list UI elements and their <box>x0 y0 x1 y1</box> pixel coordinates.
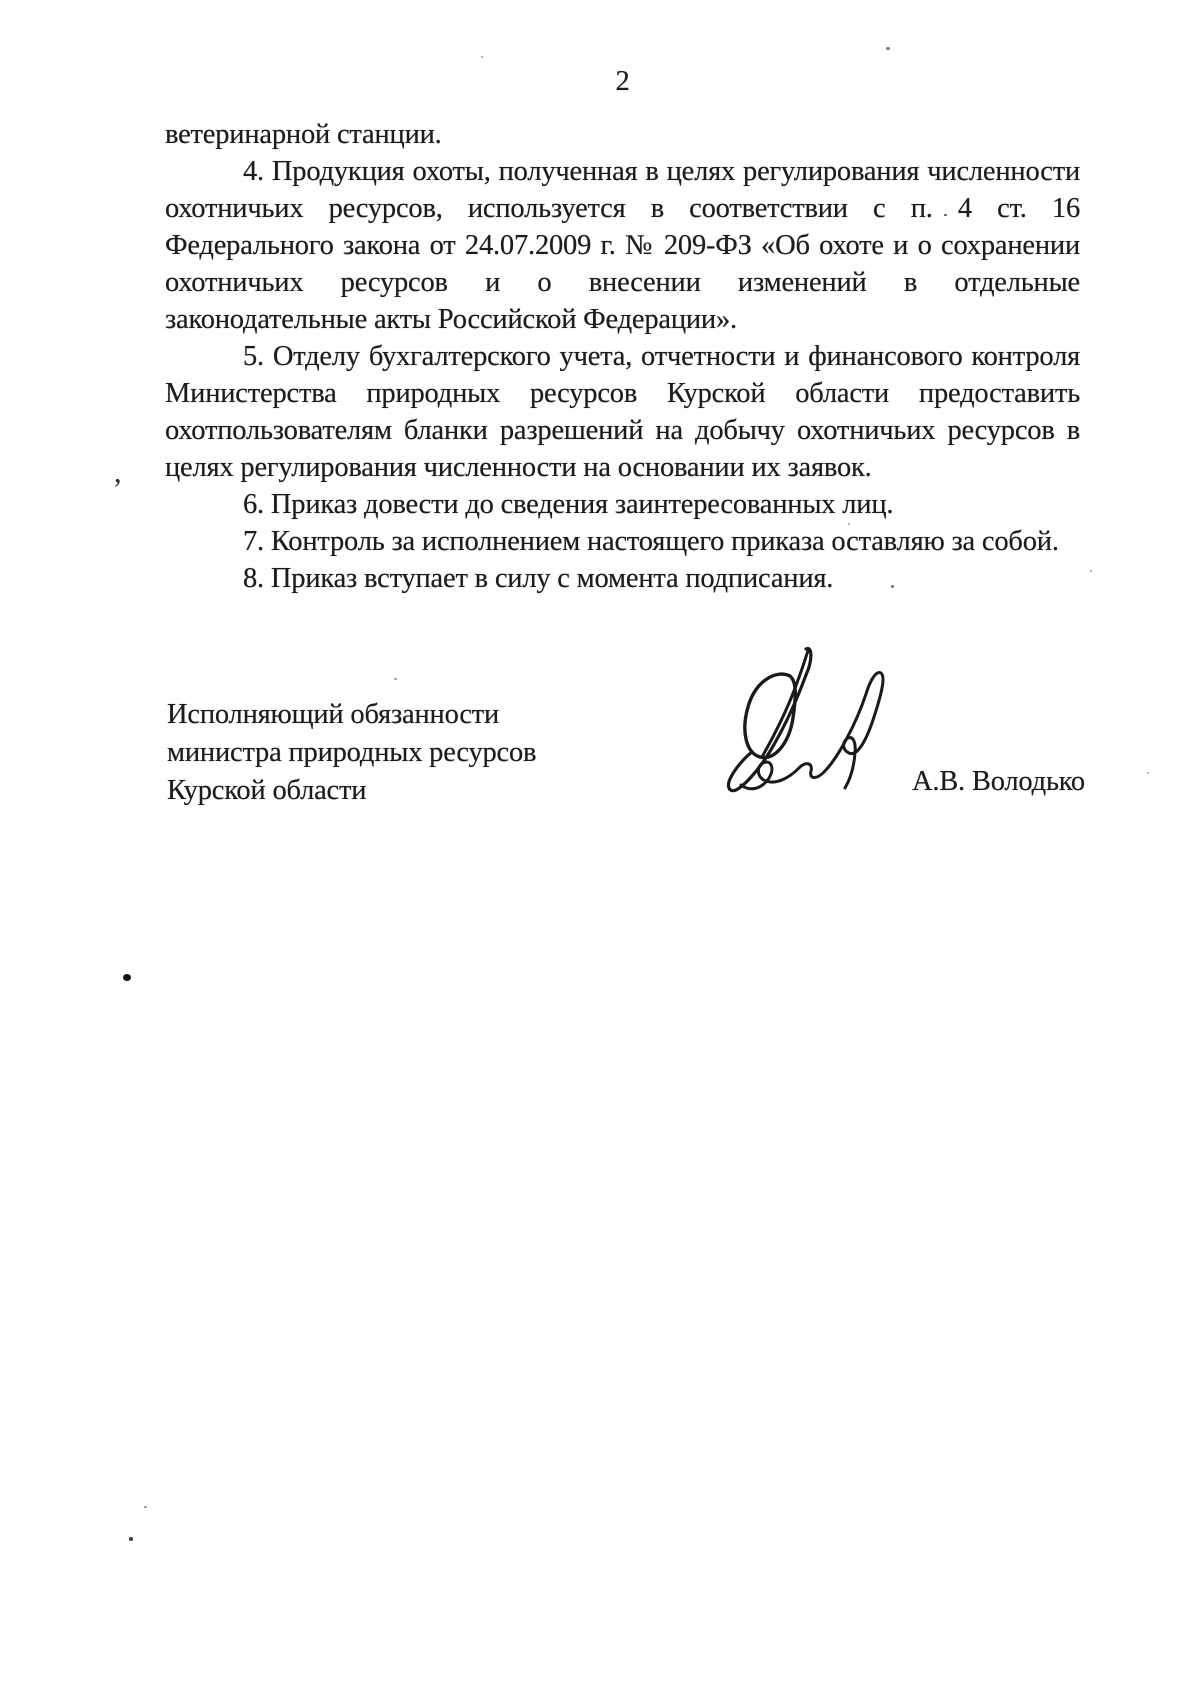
body-line: целях регулирования численности на основ… <box>165 449 1080 486</box>
scan-speck <box>144 1506 147 1508</box>
body-line: ветеринарной станции. <box>165 116 1080 153</box>
body-line: 8. Приказ вступает в силу с момента подп… <box>165 560 1080 597</box>
scan-speck <box>1090 570 1092 572</box>
scan-speck <box>481 56 483 58</box>
scan-speck <box>129 1537 133 1541</box>
body-line: 7. Контроль за исполнением настоящего пр… <box>165 523 1080 560</box>
body-line: 4. Продукция охоты, полученная в целях р… <box>165 153 1080 190</box>
document-page: 2 ветеринарной станции. 4. Продукция охо… <box>0 0 1200 1694</box>
body-line: охотпользователям бланки разрешений на д… <box>165 412 1080 449</box>
body-line: Федерального закона от 24.07.2009 г. № 2… <box>165 227 1080 264</box>
body-line: Министерства природных ресурсов Курской … <box>165 375 1080 412</box>
scan-speck: , <box>114 458 122 488</box>
scan-speck <box>394 678 397 680</box>
scan-speck <box>886 47 890 50</box>
scan-speck <box>1147 772 1149 774</box>
body-line: 5. Отделу бухгалтерского учета, отчетнос… <box>165 338 1080 375</box>
signer-position-line: Исполняющий обязанности <box>167 696 1082 734</box>
document-body: ветеринарной станции. 4. Продукция охоты… <box>165 116 1080 597</box>
scan-speck <box>848 523 850 525</box>
scan-speck <box>944 214 947 216</box>
scan-speck <box>891 585 894 588</box>
signer-name: А.В. Володько <box>165 763 1085 800</box>
body-line: 6. Приказ довести до сведения заинтересо… <box>165 486 1080 523</box>
body-line: охотничьих ресурсов, используется в соот… <box>165 190 1080 227</box>
body-line: охотничьих ресурсов и о внесении изменен… <box>165 264 1080 301</box>
signature-scribble <box>715 636 910 811</box>
body-line: законодательные акты Российской Федераци… <box>165 301 1080 338</box>
scan-speck <box>123 974 131 981</box>
page-number: 2 <box>165 63 1080 100</box>
